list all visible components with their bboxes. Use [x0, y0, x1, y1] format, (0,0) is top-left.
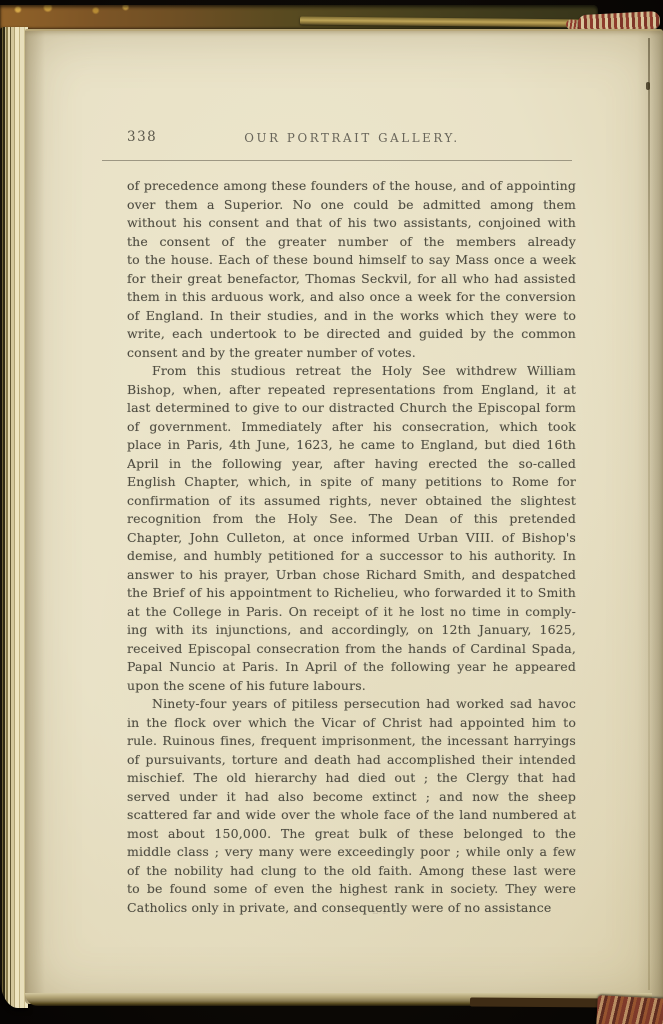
text-line: served under it had also become extinct …	[127, 788, 576, 807]
text-line: to the house. Each of these bound himsel…	[127, 251, 576, 270]
text-line: answer to his prayer, Urban chose Richar…	[127, 566, 576, 585]
text-line: Catholics only in private, and consequen…	[127, 899, 576, 918]
text-line: Chapter, John Culleton, at once informed…	[127, 529, 576, 548]
text-line: scattered far and wide over the whole fa…	[127, 806, 576, 825]
text-line: Bishop, when, after repeated representat…	[127, 381, 576, 400]
text-line: demise, and humbly petitioned for a succ…	[127, 547, 576, 566]
text-line: them in this arduous work, and also once…	[127, 288, 576, 307]
text-line: consent and by the greater number of vot…	[127, 344, 576, 363]
text-line: the Brief of his appointment to Richelie…	[127, 584, 576, 603]
text-line: the consent of the greater number of the…	[127, 233, 576, 252]
text-line: April in the following year, after havin…	[127, 455, 576, 474]
text-line: ing with its injunctions, and accordingl…	[127, 621, 576, 640]
text-line: for their great benefactor, Thomas Seckv…	[127, 270, 576, 289]
text-line: mischief. The old hierarchy had died out…	[127, 769, 576, 788]
text-line: received Episcopal consecration from the…	[127, 640, 576, 659]
text-line: upon the scene of his future labours.	[127, 677, 576, 696]
text-line: Papal Nuncio at Paris. In April of the f…	[127, 658, 576, 677]
text-line: confirmation of its assumed rights, neve…	[127, 492, 576, 511]
text-line: place in Paris, 4th June, 1623, he came …	[127, 436, 576, 455]
text-line: write, each undertook to be directed and…	[127, 325, 576, 344]
text-line: at the College in Paris. On receipt of i…	[127, 603, 576, 622]
text-line: over them a Superior. No one could be ad…	[127, 196, 576, 215]
text-line: rule. Ruinous fines, frequent imprisonme…	[127, 732, 576, 751]
text-line: English Chapter, which, in spite of many…	[127, 473, 576, 492]
text-line: of pursuivants, torture and death had ac…	[127, 751, 576, 770]
text-block: of precedence among these founders of th…	[127, 177, 576, 917]
bottom-right-cover-band	[596, 995, 663, 1024]
right-edge-shadow	[650, 29, 663, 1002]
text-line: Ninety-four years of pitiless persecutio…	[127, 695, 576, 714]
text-line: From this studious retreat the Holy See …	[127, 362, 576, 381]
text-line: of the nobility had clung to the old fai…	[127, 862, 576, 881]
scanned-book-photo: 338 OUR PORTRAIT GALLERY. of precedence …	[0, 0, 663, 1024]
running-header: OUR PORTRAIT GALLERY.	[127, 131, 577, 145]
text-line: of precedence among these founders of th…	[127, 177, 576, 196]
text-line: to be found some of even the highest ran…	[127, 880, 576, 899]
text-line: without his consent and that of his two …	[127, 214, 576, 233]
text-line: of England. In their studies, and in the…	[127, 307, 576, 326]
signature-mark: 24	[372, 904, 388, 917]
text-line: middle class ; very many were exceedingl…	[127, 843, 576, 862]
page-fore-edge-stack	[0, 27, 28, 1008]
header-rule	[102, 160, 572, 161]
text-line: recognition from the Holy See. The Dean …	[127, 510, 576, 529]
text-line: in the flock over which the Vicar of Chr…	[127, 714, 576, 733]
bottom-cover-sliver	[470, 997, 615, 1007]
text-line: last determined to give to our distracte…	[127, 399, 576, 418]
text-line: of government. Immediately after his con…	[127, 418, 576, 437]
text-line: most about 150,000. The great bulk of th…	[127, 825, 576, 844]
